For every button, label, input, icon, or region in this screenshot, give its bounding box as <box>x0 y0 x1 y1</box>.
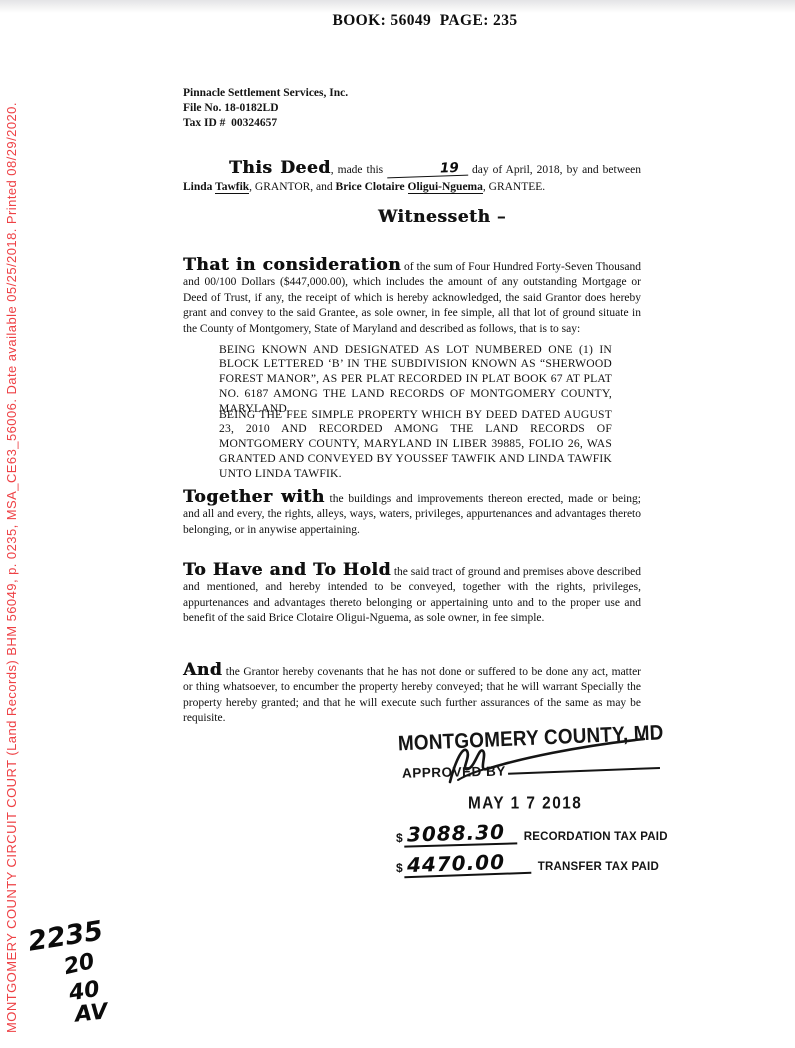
transfer-amount: 4470.00 <box>403 852 531 878</box>
transfer-currency: $ <box>396 861 403 876</box>
deed-opening-paragraph: This Deed, made this 19 day of April, 20… <box>183 160 641 196</box>
legal-description-block-1: BEING KNOWN AND DESIGNATED AS LOT NUMBER… <box>219 343 612 417</box>
recordation-tax-row: $ 3088.30 RECORDATION TAX PAID <box>396 824 668 846</box>
together-with-heading: Together with <box>183 487 325 507</box>
grantor-name: Linda Tawfik <box>183 181 249 194</box>
preparer-tax-id: Tax ID # 00324657 <box>183 116 348 131</box>
witnesseth-heading: Witnesseth – <box>213 207 671 227</box>
and-heading: And <box>183 660 222 680</box>
recordation-label: RECORDATION TAX PAID <box>524 831 668 846</box>
recordation-amount: 3088.30 <box>403 822 517 847</box>
together-with-paragraph: Together with the buildings and improvem… <box>183 490 641 539</box>
approval-signature <box>446 736 651 786</box>
recordation-currency: $ <box>396 831 403 846</box>
grantee-name: Brice Clotaire Oligui-Nguema <box>336 181 483 194</box>
this-deed-heading: This Deed <box>229 158 331 178</box>
preparer-file-no: File No. 18-0182LD <box>183 101 348 116</box>
margin-note: AV <box>74 999 109 1027</box>
consideration-paragraph: That in consideration of the sum of Four… <box>183 258 641 338</box>
covenant-paragraph: And the Grantor hereby covenants that he… <box>183 663 641 727</box>
preparer-block: Pinnacle Settlement Services, Inc. File … <box>183 86 348 131</box>
deed-document-page: BOOK: 56049 PAGE: 235 MONTGOMERY COUNTY … <box>0 0 795 1048</box>
preparer-company: Pinnacle Settlement Services, Inc. <box>183 86 348 101</box>
transfer-label: TRANSFER TAX PAID <box>538 861 659 876</box>
legal-description-block-2: BEING THE FEE SIMPLE PROPERTY WHICH BY D… <box>219 408 612 482</box>
transfer-tax-row: $ 4470.00 TRANSFER TAX PAID <box>396 854 659 876</box>
to-have-and-to-hold-heading: To Have and To Hold <box>183 560 391 580</box>
that-in-consideration-heading: That in consideration <box>183 255 401 275</box>
handwritten-day: 19 <box>387 161 468 178</box>
watermark-text: MONTGOMERY COUNTY CIRCUIT COURT (Land Re… <box>4 102 19 1033</box>
book-page-header: BOOK: 56049 PAGE: 235 <box>55 12 795 30</box>
margin-note: 2235 <box>26 915 105 957</box>
margin-note: 20 <box>62 949 97 980</box>
habendum-paragraph: To Have and To Hold the said tract of gr… <box>183 563 641 627</box>
date-stamp: MAY 1 7 2018 <box>468 793 582 813</box>
